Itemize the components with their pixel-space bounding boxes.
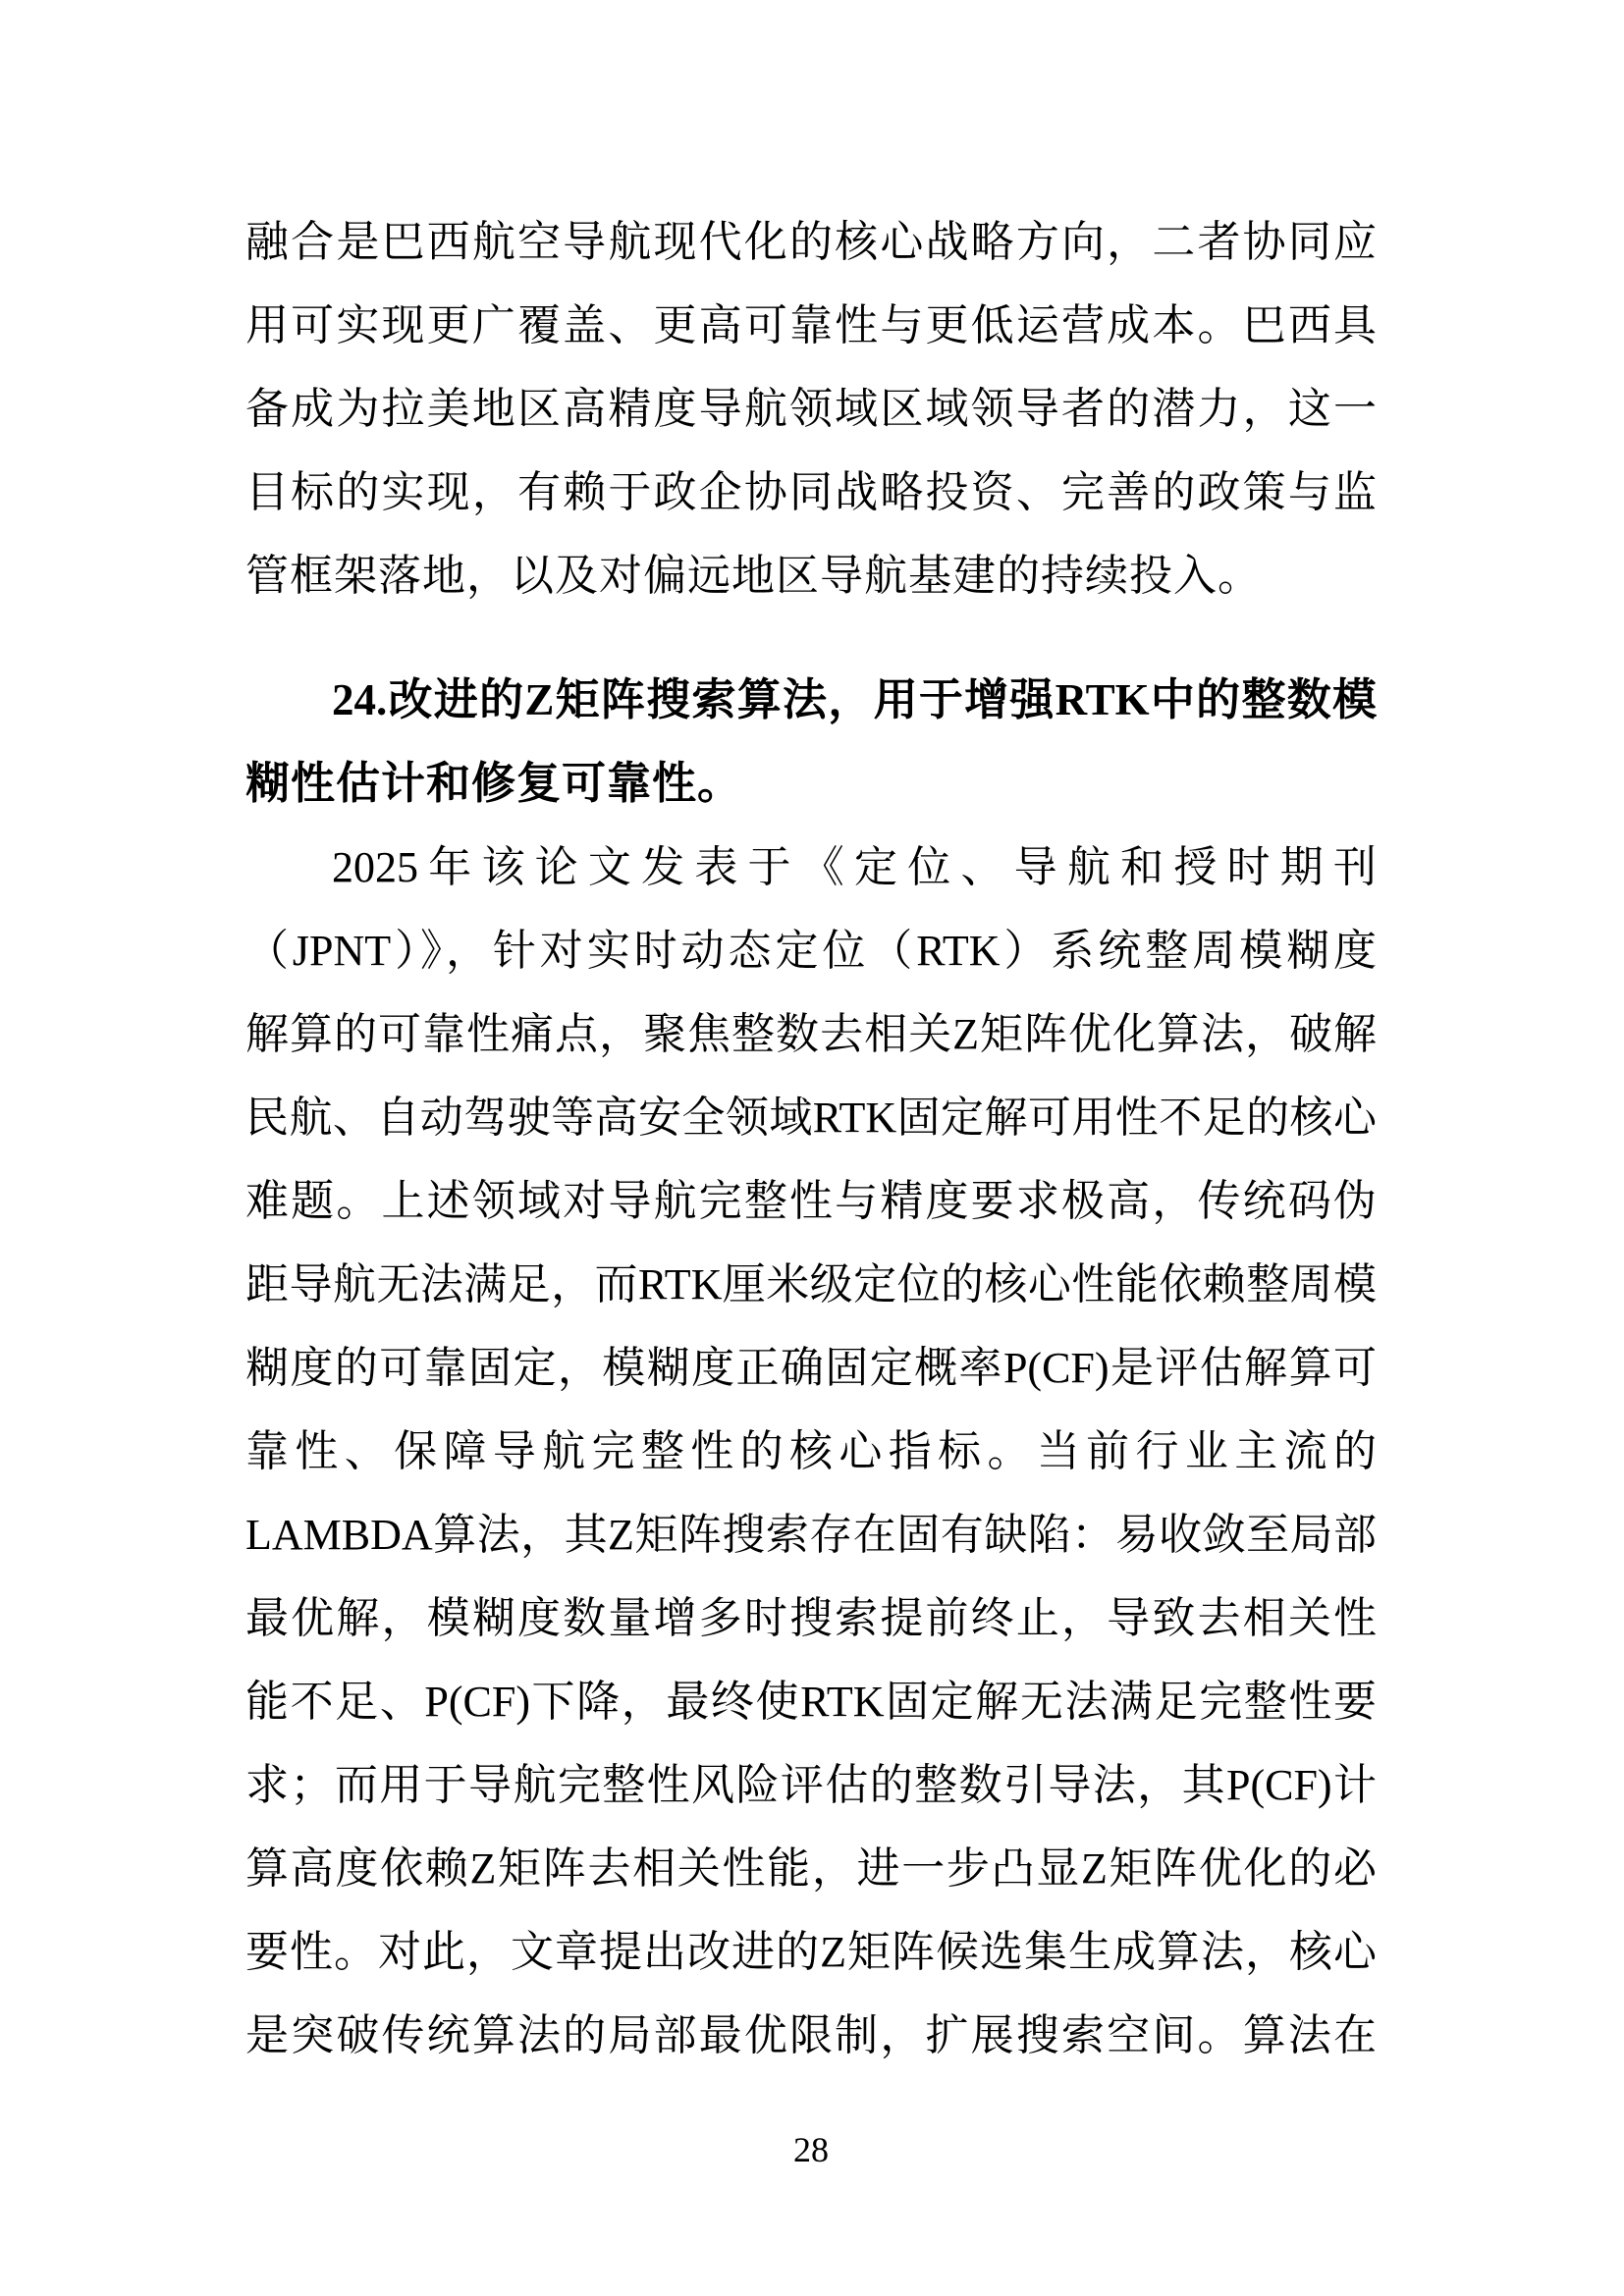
- para2-line: 最优解，模糊度数量增多时搜索提前终止，导致去相关性: [245, 1576, 1377, 1660]
- para2-line: 算高度依赖Z矩阵去相关性能，进一步凸显Z矩阵优化的必: [245, 1827, 1377, 1910]
- para2-line: 糊度的可靠固定，模糊度正确固定概率P(CF)是评估解算可: [245, 1326, 1377, 1410]
- para2-line: 要性。对此，文章提出改进的Z矩阵候选集生成算法，核心: [245, 1910, 1377, 1994]
- para2-line: （JPNT）》，针对实时动态定位（RTK）系统整周模糊度: [245, 909, 1377, 992]
- para2-line: 求；而用于导航完整性风险评估的整数引导法，其P(CF)计: [245, 1743, 1377, 1827]
- text-block: 融合是巴西航空导航现代化的核心战略方向，二者协同应 用可实现更广覆盖、更高可靠性…: [245, 200, 1377, 2077]
- para2-line: 靠性、保障导航完整性的核心指标。当前行业主流的: [245, 1410, 1377, 1493]
- section-heading-line: 24.改进的Z矩阵搜索算法，用于增强RTK中的整数模: [245, 659, 1377, 742]
- section-heading-line: 糊性估计和修复可靠性。: [245, 742, 1377, 826]
- para1-line: 目标的实现，有赖于政企协同战略投资、完善的政策与监: [245, 451, 1377, 534]
- para2-line: 民航、自动驾驶等高安全领域RTK固定解可用性不足的核心: [245, 1076, 1377, 1159]
- para2-line: LAMBDA算法，其Z矩阵搜索存在固有缺陷：易收敛至局部: [245, 1493, 1377, 1576]
- para2-line: 解算的可靠性痛点，聚焦整数去相关Z矩阵优化算法，破解: [245, 992, 1377, 1076]
- document-page: 融合是巴西航空导航现代化的核心战略方向，二者协同应 用可实现更广覆盖、更高可靠性…: [0, 0, 1624, 2296]
- para2-line: 难题。上述领域对导航完整性与精度要求极高，传统码伪: [245, 1159, 1377, 1243]
- para2-line: 是突破传统算法的局部最优限制，扩展搜索空间。算法在: [245, 1994, 1377, 2077]
- page-number: 28: [245, 2128, 1377, 2171]
- para1-line: 管框架落地，以及对偏远地区导航基建的持续投入。: [245, 534, 1377, 617]
- para1-line: 备成为拉美地区高精度导航领域区域领导者的潜力，这一: [245, 367, 1377, 451]
- para1-line: 用可实现更广覆盖、更高可靠性与更低运营成本。巴西具: [245, 284, 1377, 367]
- para2-line: 2025年该论文发表于《定位、导航和授时期刊: [245, 826, 1377, 909]
- para2-line: 能不足、P(CF)下降，最终使RTK固定解无法满足完整性要: [245, 1660, 1377, 1743]
- para2-line: 距导航无法满足，而RTK厘米级定位的核心性能依赖整周模: [245, 1243, 1377, 1326]
- para1-line: 融合是巴西航空导航现代化的核心战略方向，二者协同应: [245, 200, 1377, 284]
